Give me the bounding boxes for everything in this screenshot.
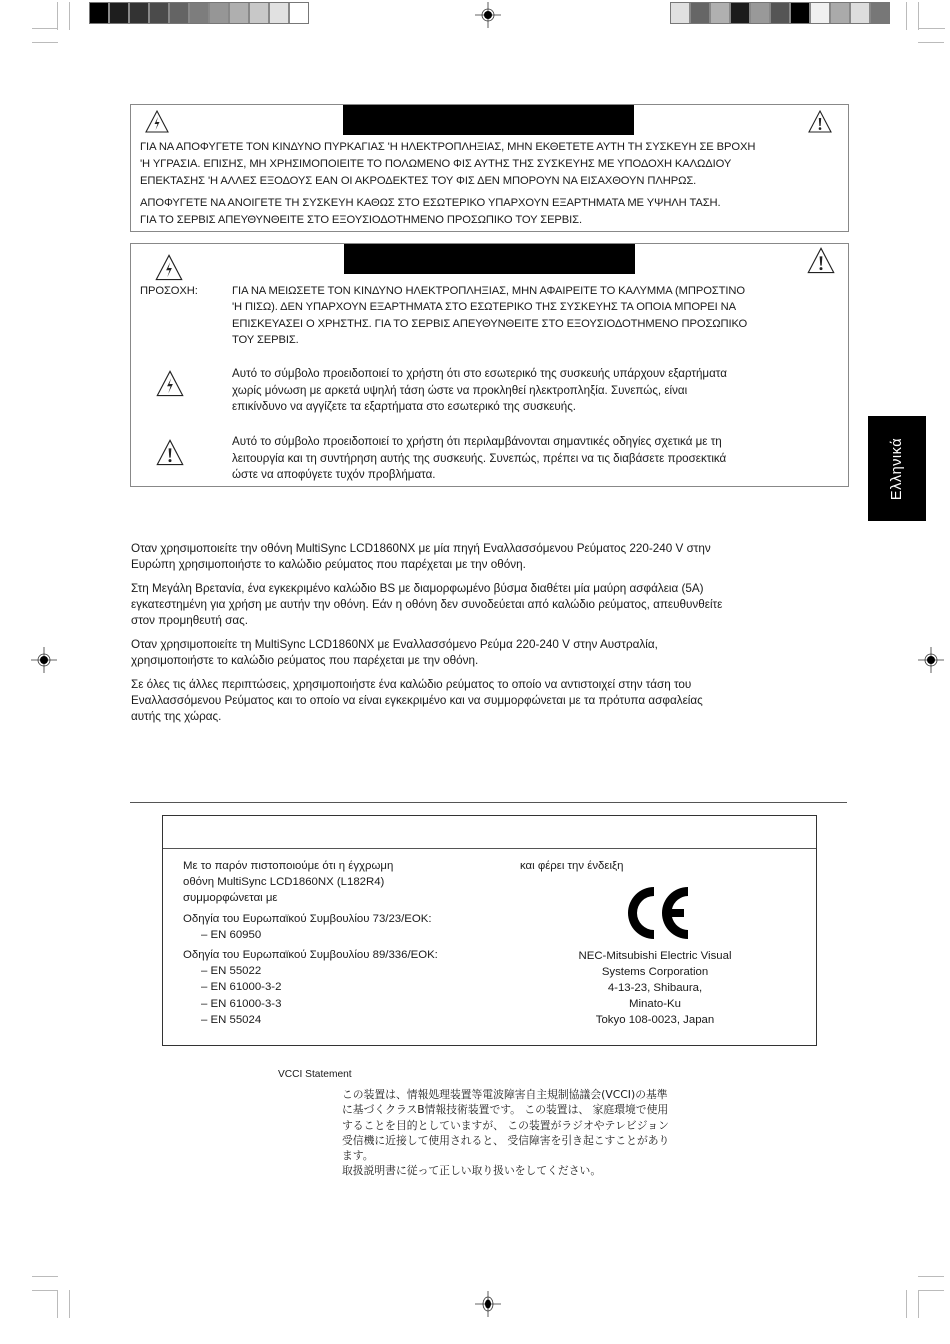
exclamation-triangle-icon (807, 109, 833, 135)
manufacturer-address: NEC-Mitsubishi Electric Visual Systems C… (520, 948, 790, 1028)
crop-mark (32, 1290, 58, 1291)
exclamation-symbol-explanation: Αυτό το σύμβολο προειδοποιεί το χρήστη ό… (232, 434, 847, 484)
ce-mark-icon (624, 884, 692, 942)
registration-mark-icon (475, 1291, 501, 1317)
declaration-header (163, 816, 816, 849)
crop-mark (918, 2, 919, 30)
crop-mark (918, 1290, 944, 1291)
declaration-of-conformity-box: Με το παρόν πιστοποιούμε ότι η έγχρωμη ο… (162, 815, 817, 1046)
crop-mark (57, 1290, 58, 1318)
caution-label: ΠΡΟΣΟΧΗ: (140, 283, 198, 300)
color-swatch (250, 3, 270, 23)
color-swatch (230, 3, 250, 23)
crop-mark (906, 1290, 907, 1318)
warning-text-2: ΑΠΟΦΥΓΕΤΕ ΝΑ ΑΝΟΙΓΕΤΕ ΤΗ ΣΥΣΚΕΥΗ ΚΑΘΩΣ Σ… (140, 195, 845, 229)
registration-mark-icon (475, 2, 501, 28)
color-swatch (771, 3, 791, 23)
crop-mark (32, 28, 58, 29)
crop-mark (57, 2, 58, 30)
crop-mark (918, 1276, 944, 1277)
crop-mark (32, 42, 58, 43)
caution-box: ΠΡΟΣΟΧΗ: ΓΙΑ ΝΑ ΜΕΙΩΣΕΤΕ ΤΟΝ ΚΙΝΔΥΝΟ ΗΛΕ… (130, 243, 849, 487)
crop-mark (918, 42, 944, 43)
color-swatch (871, 3, 889, 23)
registration-mark-icon (31, 647, 57, 673)
color-swatch (210, 3, 230, 23)
lightning-triangle-icon (144, 109, 170, 135)
caution-text: ΓΙΑ ΝΑ ΜΕΙΩΣΕΤΕ ΤΟΝ ΚΙΝΔΥΝΟ ΗΛΕΚΤΡΟΠΛΗΞΙ… (232, 283, 842, 349)
color-swatch (691, 3, 711, 23)
color-swatch (190, 3, 210, 23)
exclamation-triangle-icon (806, 246, 836, 276)
section-divider (130, 802, 847, 803)
ce-mark-section: και φέρει την ένδειξη NEC-Mitsubishi Ele… (520, 858, 790, 1028)
crop-mark (69, 1290, 70, 1318)
crop-mark (69, 2, 70, 30)
warning-title-bar (343, 105, 634, 135)
vcci-title: VCCI Statement (278, 1069, 352, 1080)
crop-mark (919, 28, 945, 29)
exclamation-triangle-icon (155, 438, 185, 468)
power-paragraph-europe: Οταν χρησιμοποιείτε την οθόνη MultiSync … (131, 541, 847, 573)
color-swatch (751, 3, 771, 23)
color-swatch (731, 3, 751, 23)
vcci-statement: この装置は、情報処理装置等電波障害自主規制協議会(VCCI)の基準 に基づくクラ… (342, 1087, 707, 1179)
power-paragraph-australia: Οταν χρησιμοποιείτε τη MultiSync LCD1860… (131, 637, 847, 669)
crop-mark (918, 1290, 919, 1318)
color-swatch (851, 3, 871, 23)
caution-title-bar (344, 244, 635, 274)
color-swatch (130, 3, 150, 23)
directive-89-336: Οδηγία του Ευρωπαϊκού Συμβουλίου 89/336/… (183, 947, 438, 963)
lightning-triangle-icon (155, 369, 185, 399)
color-swatch (711, 3, 731, 23)
right-color-bar (670, 2, 890, 24)
warning-text-1: ΓΙΑ ΝΑ ΑΠΟΦΥΓΕΤΕ ΤΟΝ ΚΙΝΔΥΝΟ ΠΥΡΚΑΓΙΑΣ '… (140, 139, 845, 190)
color-swatch (791, 3, 811, 23)
color-swatch (150, 3, 170, 23)
color-swatch (831, 3, 851, 23)
color-swatch (811, 3, 831, 23)
crop-mark (32, 1276, 58, 1277)
left-color-bar (89, 2, 309, 24)
color-swatch (270, 3, 290, 23)
color-swatch (170, 3, 190, 23)
color-swatch (90, 3, 110, 23)
color-swatch (671, 3, 691, 23)
color-swatch (290, 3, 308, 23)
language-tab: Ελληνικά (868, 416, 926, 521)
power-paragraph-other: Σε όλες τις άλλες περιπτώσεις, χρησιμοπο… (131, 677, 847, 726)
crop-mark (906, 2, 907, 30)
power-paragraph-uk: Στη Μεγάλη Βρετανία, ένα εγκεκριμένο καλ… (131, 581, 847, 630)
fire-shock-warning-box: ΓΙΑ ΝΑ ΑΠΟΦΥΓΕΤΕ ΤΟΝ ΚΙΝΔΥΝΟ ΠΥΡΚΑΓΙΑΣ '… (130, 104, 849, 232)
color-swatch (110, 3, 130, 23)
lightning-symbol-explanation: Αυτό το σύμβολο προειδοποιεί το χρήστη ό… (232, 366, 847, 416)
registration-mark-icon (918, 647, 944, 673)
declaration-statement: Με το παρόν πιστοποιούμε ότι η έγχρωμη ο… (183, 858, 438, 1028)
lightning-triangle-icon (154, 253, 184, 283)
directive-73-23: Οδηγία του Ευρωπαϊκού Συμβουλίου 73/23/E… (183, 911, 438, 927)
ce-caption: και φέρει την ένδειξη (520, 858, 790, 874)
